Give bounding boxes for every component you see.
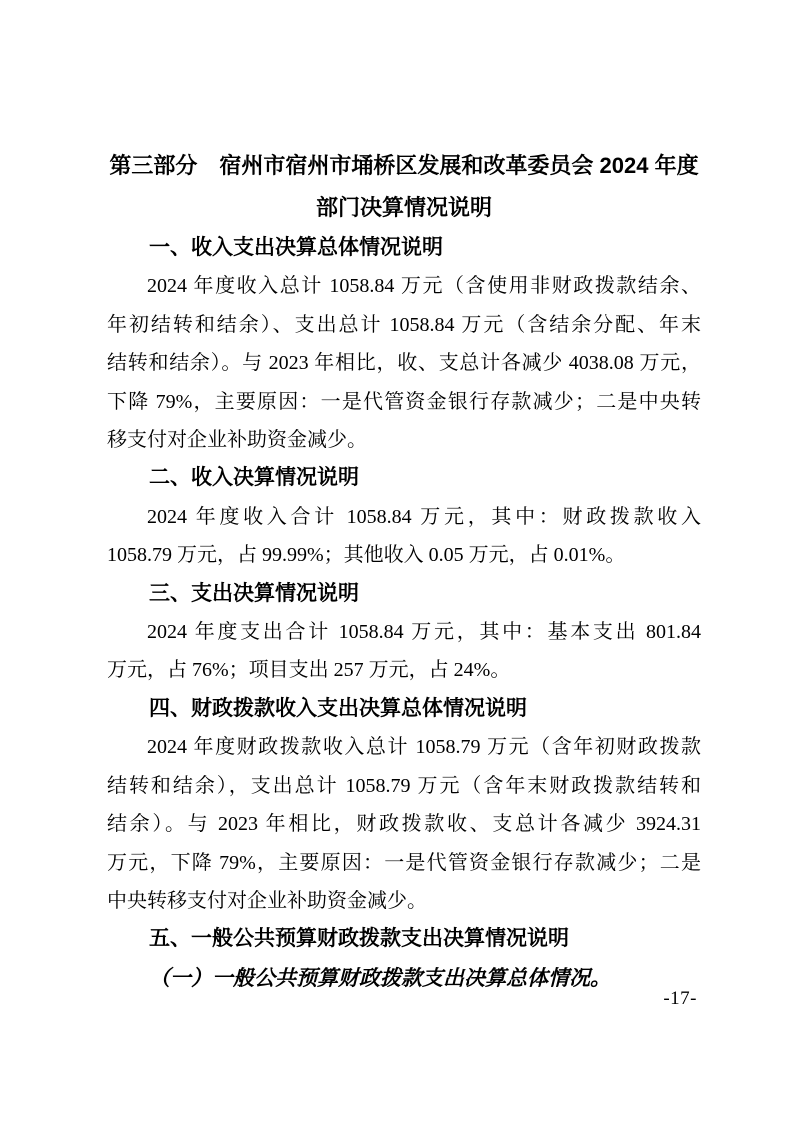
section-1-paragraph-line: 年初结转和结余）、支出总计 1058.84 万元（含结余分配、年末 xyxy=(107,306,701,344)
section-4-heading: 四、财政拨款收入支出决算总体情况说明 xyxy=(107,690,701,728)
section-4-paragraph-line: 万元，下降 79%，主要原因：一是代管资金银行存款减少；二是 xyxy=(107,844,701,882)
section-4-paragraph-line: 中央转移支付对企业补助资金减少。 xyxy=(107,882,701,920)
section-4-paragraph-line: 结余）。与 2023 年相比，财政拨款收、支总计各减少 3924.31 xyxy=(107,805,701,843)
section-2-paragraph-line: 1058.79 万元，占 99.99%；其他收入 0.05 万元，占 0.01%… xyxy=(107,536,701,574)
section-5-heading: 五、一般公共预算财政拨款支出决算情况说明 xyxy=(107,920,701,958)
document-title: 第三部分 宿州市宿州市埇桥区发展和改革委员会 2024 年度 部门决算情况说明 xyxy=(107,145,701,229)
section-3-paragraph-line: 万元，占 76%；项目支出 257 万元，占 24%。 xyxy=(107,651,701,689)
title-line-1: 第三部分 宿州市宿州市埇桥区发展和改革委员会 2024 年度 xyxy=(107,145,701,187)
section-3-heading: 三、支出决算情况说明 xyxy=(107,575,701,613)
page-number: -17- xyxy=(663,988,697,1010)
title-line-2: 部门决算情况说明 xyxy=(107,187,701,229)
section-2-paragraph-line: 2024 年度收入合计 1058.84 万元，其中：财政拨款收入 xyxy=(107,498,701,536)
section-5-subheading: （一）一般公共预算财政拨款支出决算总体情况。 xyxy=(107,959,701,997)
section-2-heading: 二、收入决算情况说明 xyxy=(107,459,701,497)
section-1-paragraph-line: 移支付对企业补助资金减少。 xyxy=(107,421,701,459)
section-4-paragraph-line: 结转和结余），支出总计 1058.79 万元（含年末财政拨款结转和 xyxy=(107,767,701,805)
section-1-paragraph-line: 结转和结余）。与 2023 年相比，收、支总计各减少 4038.08 万元， xyxy=(107,344,701,382)
section-1-paragraph-line: 下降 79%，主要原因：一是代管资金银行存款减少；二是中央转 xyxy=(107,383,701,421)
section-1-heading: 一、收入支出决算总体情况说明 xyxy=(107,229,701,267)
document-page: 第三部分 宿州市宿州市埇桥区发展和改革委员会 2024 年度 部门决算情况说明 … xyxy=(0,0,793,1122)
section-3-paragraph-line: 2024 年度支出合计 1058.84 万元，其中：基本支出 801.84 xyxy=(107,613,701,651)
section-1-paragraph-line: 2024 年度收入总计 1058.84 万元（含使用非财政拨款结余、 xyxy=(107,267,701,305)
section-4-paragraph-line: 2024 年度财政拨款收入总计 1058.79 万元（含年初财政拨款 xyxy=(107,728,701,766)
